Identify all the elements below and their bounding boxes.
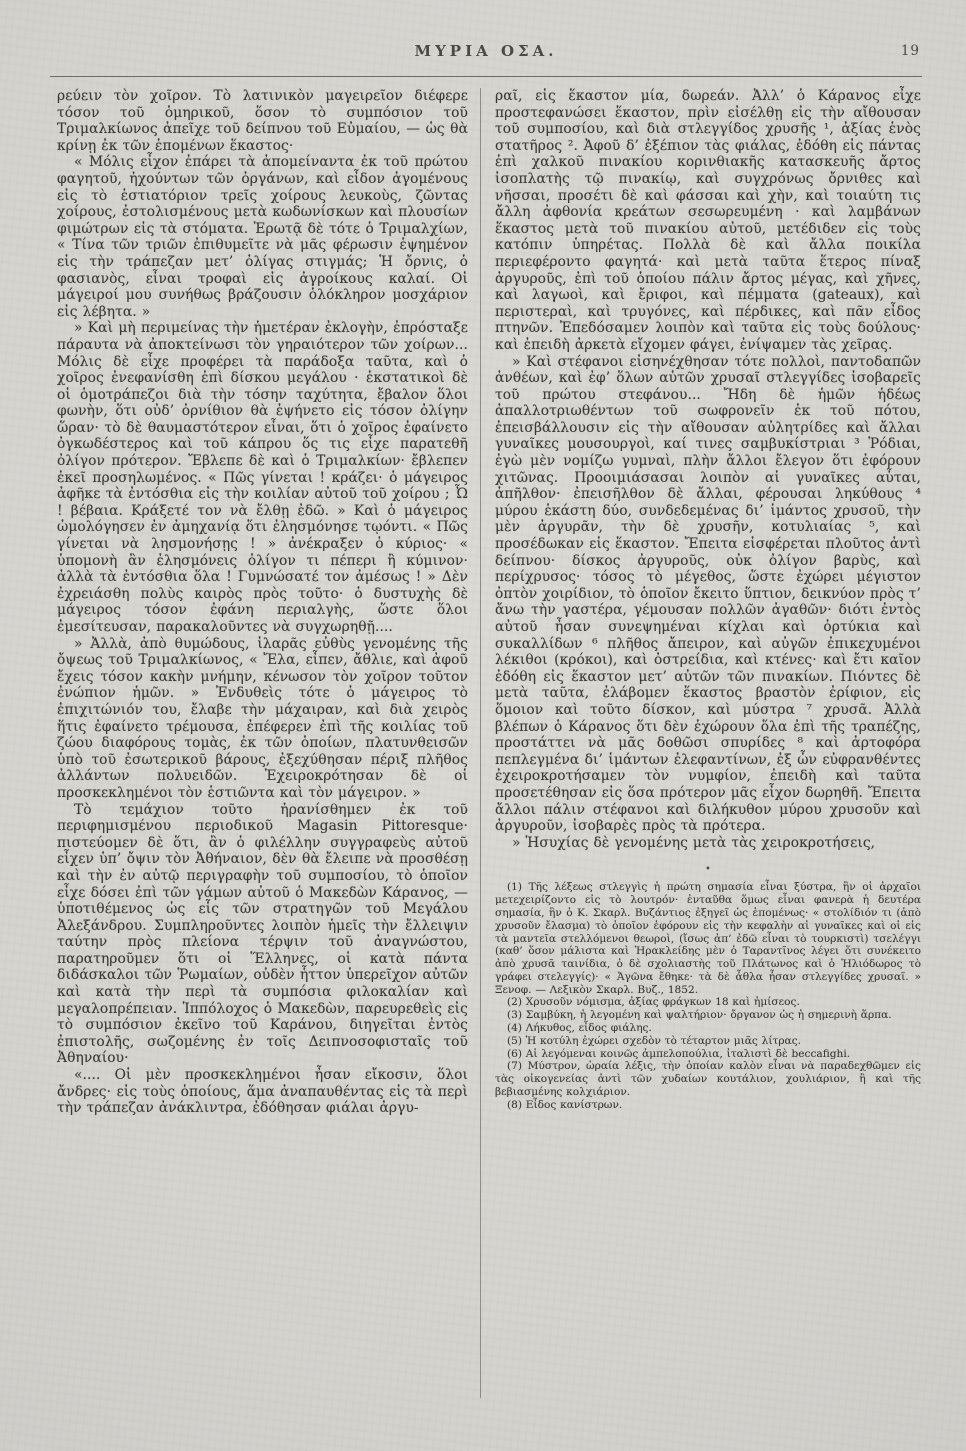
footnote: (1) Τῆς λέξεως στλεγγὶς ἡ πρώτη σημασία … bbox=[495, 881, 921, 996]
footnote: (3) Σαμβύκη, ἡ λεγομένη καὶ ψαλτήριον· ὄ… bbox=[495, 1009, 921, 1022]
paragraph: Τὸ τεμάχιον τοῦτο ἠρανίσθημεν ἐκ τοῦ περ… bbox=[57, 802, 468, 1068]
scanned-document-page: ΜΥΡΙΑ ΟΣΑ. 19 ρεύειν τὸν χοῖρον. Τὸ λατι… bbox=[0, 0, 966, 1451]
text-columns: ρεύειν τὸν χοῖρον. Τὸ λατινικὸν μαγειρεῖ… bbox=[57, 88, 921, 1398]
paragraph: ρεύειν τὸν χοῖρον. Τὸ λατινικὸν μαγειρεῖ… bbox=[57, 88, 468, 154]
paragraph: « Μόλις εἶχον ἐπάρει τὰ ἀπομείναντα ἐκ τ… bbox=[57, 154, 468, 320]
paragraph: ραῖ, εἰς ἕκαστον μία, δωρεάν. Ἀλλ’ ὁ Κάρ… bbox=[495, 88, 921, 354]
header-rule bbox=[50, 76, 922, 77]
footnote: (6) Αἱ λεγόμεναι κοινῶς ἀμπελοπούλια, ἰτ… bbox=[495, 1048, 921, 1061]
footnote: (4) Λήκυθος, εἶδος φιάλης. bbox=[495, 1022, 921, 1035]
footnote: (5) Ἡ κοτύλη ἐχώρει σχεδὸν τὸ τέταρτον μ… bbox=[495, 1035, 921, 1048]
footnotes-list: (1) Τῆς λέξεως στλεγγὶς ἡ πρώτη σημασία … bbox=[495, 881, 921, 1111]
paragraph: » Καὶ στέφανοι εἰσηνέχθησαν τότε πολλοὶ,… bbox=[495, 354, 921, 835]
paragraph: » Ἡσυχίας δὲ γενομένης μετὰ τὰς χειροκρο… bbox=[495, 835, 921, 852]
footnote: (2) Χρυσοῦν νόμισμα, ἀξίας φράγκων 18 κα… bbox=[495, 996, 921, 1009]
running-title: ΜΥΡΙΑ ΟΣΑ. bbox=[50, 42, 922, 60]
left-column: ρεύειν τὸν χοῖρον. Τὸ λατινικὸν μαγειρεῖ… bbox=[57, 88, 480, 1398]
running-head: ΜΥΡΙΑ ΟΣΑ. 19 bbox=[50, 42, 922, 64]
paragraph: «.... Οἱ μὲν προσκεκλημένοι ἦσαν εἴκοσιν… bbox=[57, 1067, 468, 1117]
paragraph: » Καὶ μὴ περιμείνας τὴν ἡμετέραν ἐκλογὴν… bbox=[57, 320, 468, 635]
footnote: (7) Μύστρον, ὡραία λέξις, τὴν ὁποίαν καλ… bbox=[495, 1060, 921, 1098]
page-number: 19 bbox=[901, 43, 920, 59]
right-column-body: ραῖ, εἰς ἕκαστον μία, δωρεάν. Ἀλλ’ ὁ Κάρ… bbox=[495, 88, 921, 851]
right-column: ραῖ, εἰς ἕκαστον μία, δωρεάν. Ἀλλ’ ὁ Κάρ… bbox=[481, 88, 921, 1398]
paragraph: » Ἀλλὰ, ἀπὸ θυμώδους, ἱλαρᾶς εὐθὺς γενομ… bbox=[57, 636, 468, 802]
footnotes-section: • (1) Τῆς λέξεως στλεγγὶς ἡ πρώτη σημασί… bbox=[495, 865, 921, 1111]
footnote: (8) Εἶδος κανίστρων. bbox=[495, 1099, 921, 1112]
footnote-separator-dot: • bbox=[495, 865, 921, 875]
